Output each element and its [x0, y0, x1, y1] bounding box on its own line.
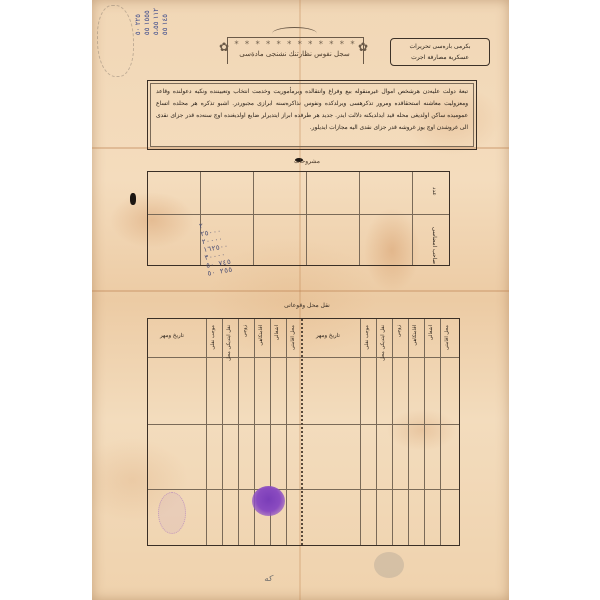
note-line: ١٥٥٥ ٥٥ [143, 8, 152, 35]
row-label-count: عدد [431, 187, 437, 196]
ministry-line-2: عسكرية مصارفة اجرت [395, 52, 485, 63]
header-cell: زوجی [242, 325, 248, 337]
header-cell: زوجی [396, 325, 402, 337]
ministry-box: بكرمى بارەسى تحريرات عسكرية مصارفة اجرت [390, 38, 490, 66]
header-cell: نقل ایتدیکی محل [380, 325, 386, 361]
pencil-smudge [374, 552, 404, 578]
instructions-box: تبعهٔ دولت علیه‌دن هرشخص اموال غیرمنقوله… [147, 80, 477, 150]
purple-seal-stamp [252, 486, 285, 516]
header-cell: موجب نقلی [364, 325, 370, 350]
col-divider [392, 319, 393, 545]
col-divider [424, 319, 425, 545]
col-divider [238, 319, 239, 545]
remarks-table: عدد صاحب امضاسى ٢ ٢٥٠٠٠ ٢٠٠٠٠ ١٦٢٥٠٠ ٣٠٠… [147, 171, 450, 266]
document-paper: ٢٢٥ ٥٠ ١٥٥٥ ٥٥ ١١٢ ٥،٥٥ ١٤٥ ٥٥ ✿ ✿ * * *… [92, 0, 509, 600]
margin-pencil-notes: ٢٢٥ ٥٠ ١٥٥٥ ٥٥ ١١٢ ٥،٥٥ ١٤٥ ٥٥ [134, 8, 164, 35]
col-divider [440, 319, 441, 545]
row-divider [148, 489, 459, 490]
row-label-signature: صاحب امضاسى [431, 227, 437, 264]
col-divider [206, 319, 207, 545]
header-date-seal-left: تاریخ ومهر [160, 333, 184, 339]
pencil-sketch [97, 5, 134, 77]
section1-title: مشروحات [267, 158, 347, 165]
col-divider [200, 172, 201, 265]
faint-seal-stamp [158, 492, 186, 534]
pencil-signature: ﻛﻪ [264, 574, 272, 583]
note-line: ١٤٥ ٥٥ [161, 8, 170, 35]
col-divider [360, 319, 361, 545]
col-divider [376, 319, 377, 545]
section2-title: نقل محل وقوعاتی [267, 302, 347, 309]
col-divider [286, 319, 287, 545]
instructions-text: تبعهٔ دولت علیه‌دن هرشخص اموال غیرمنقوله… [156, 89, 468, 131]
row-divider [148, 214, 449, 215]
col-divider [254, 319, 255, 545]
note-line: ٢٢٥ ٥٠ [134, 8, 143, 35]
center-divider [301, 319, 303, 545]
header-cell: اشغالی [274, 325, 280, 340]
document-title: سجل نفوس نظارتنك نشنجى مادة‌سى [232, 50, 357, 58]
header-cell: اشغالی [428, 325, 434, 340]
header-divider [148, 357, 459, 358]
relocation-table: تاریخ ومهر موجب نقلی نقل ایتدیکی محل زوج… [147, 318, 460, 546]
col-divider [222, 319, 223, 545]
ink-blot [130, 193, 136, 205]
col-divider [306, 172, 307, 265]
note-line: ١١٢ ٥،٥٥ [152, 8, 161, 35]
header-cell: موجب نقلی [210, 325, 216, 350]
col-divider [359, 172, 360, 265]
header-cell: محل اقامتی [444, 325, 450, 350]
pencil-calculation: ٢ ٢٥٠٠٠ ٢٠٠٠٠ ١٦٢٥٠٠ ٣٠٠٠٠ ٧٤٥ ٥٠ ٢٥٥ ٥٠ [198, 218, 233, 278]
header-cell: محل اقامتی [290, 325, 296, 350]
header-date-seal-right: تاریخ ومهر [316, 333, 340, 339]
col-divider [412, 172, 413, 265]
header-cell: اقامتکاهی [412, 325, 418, 346]
star-ornament: * * * * * * * * * * * * [228, 40, 363, 49]
ministry-line-1: بكرمى بارەسى تحريرات [395, 41, 485, 52]
row-divider [148, 424, 459, 425]
col-divider [253, 172, 254, 265]
header-cell: اقامتکاهی [258, 325, 264, 346]
col-divider [408, 319, 409, 545]
header-cell: نقل ایتدیکی محل [226, 325, 232, 361]
